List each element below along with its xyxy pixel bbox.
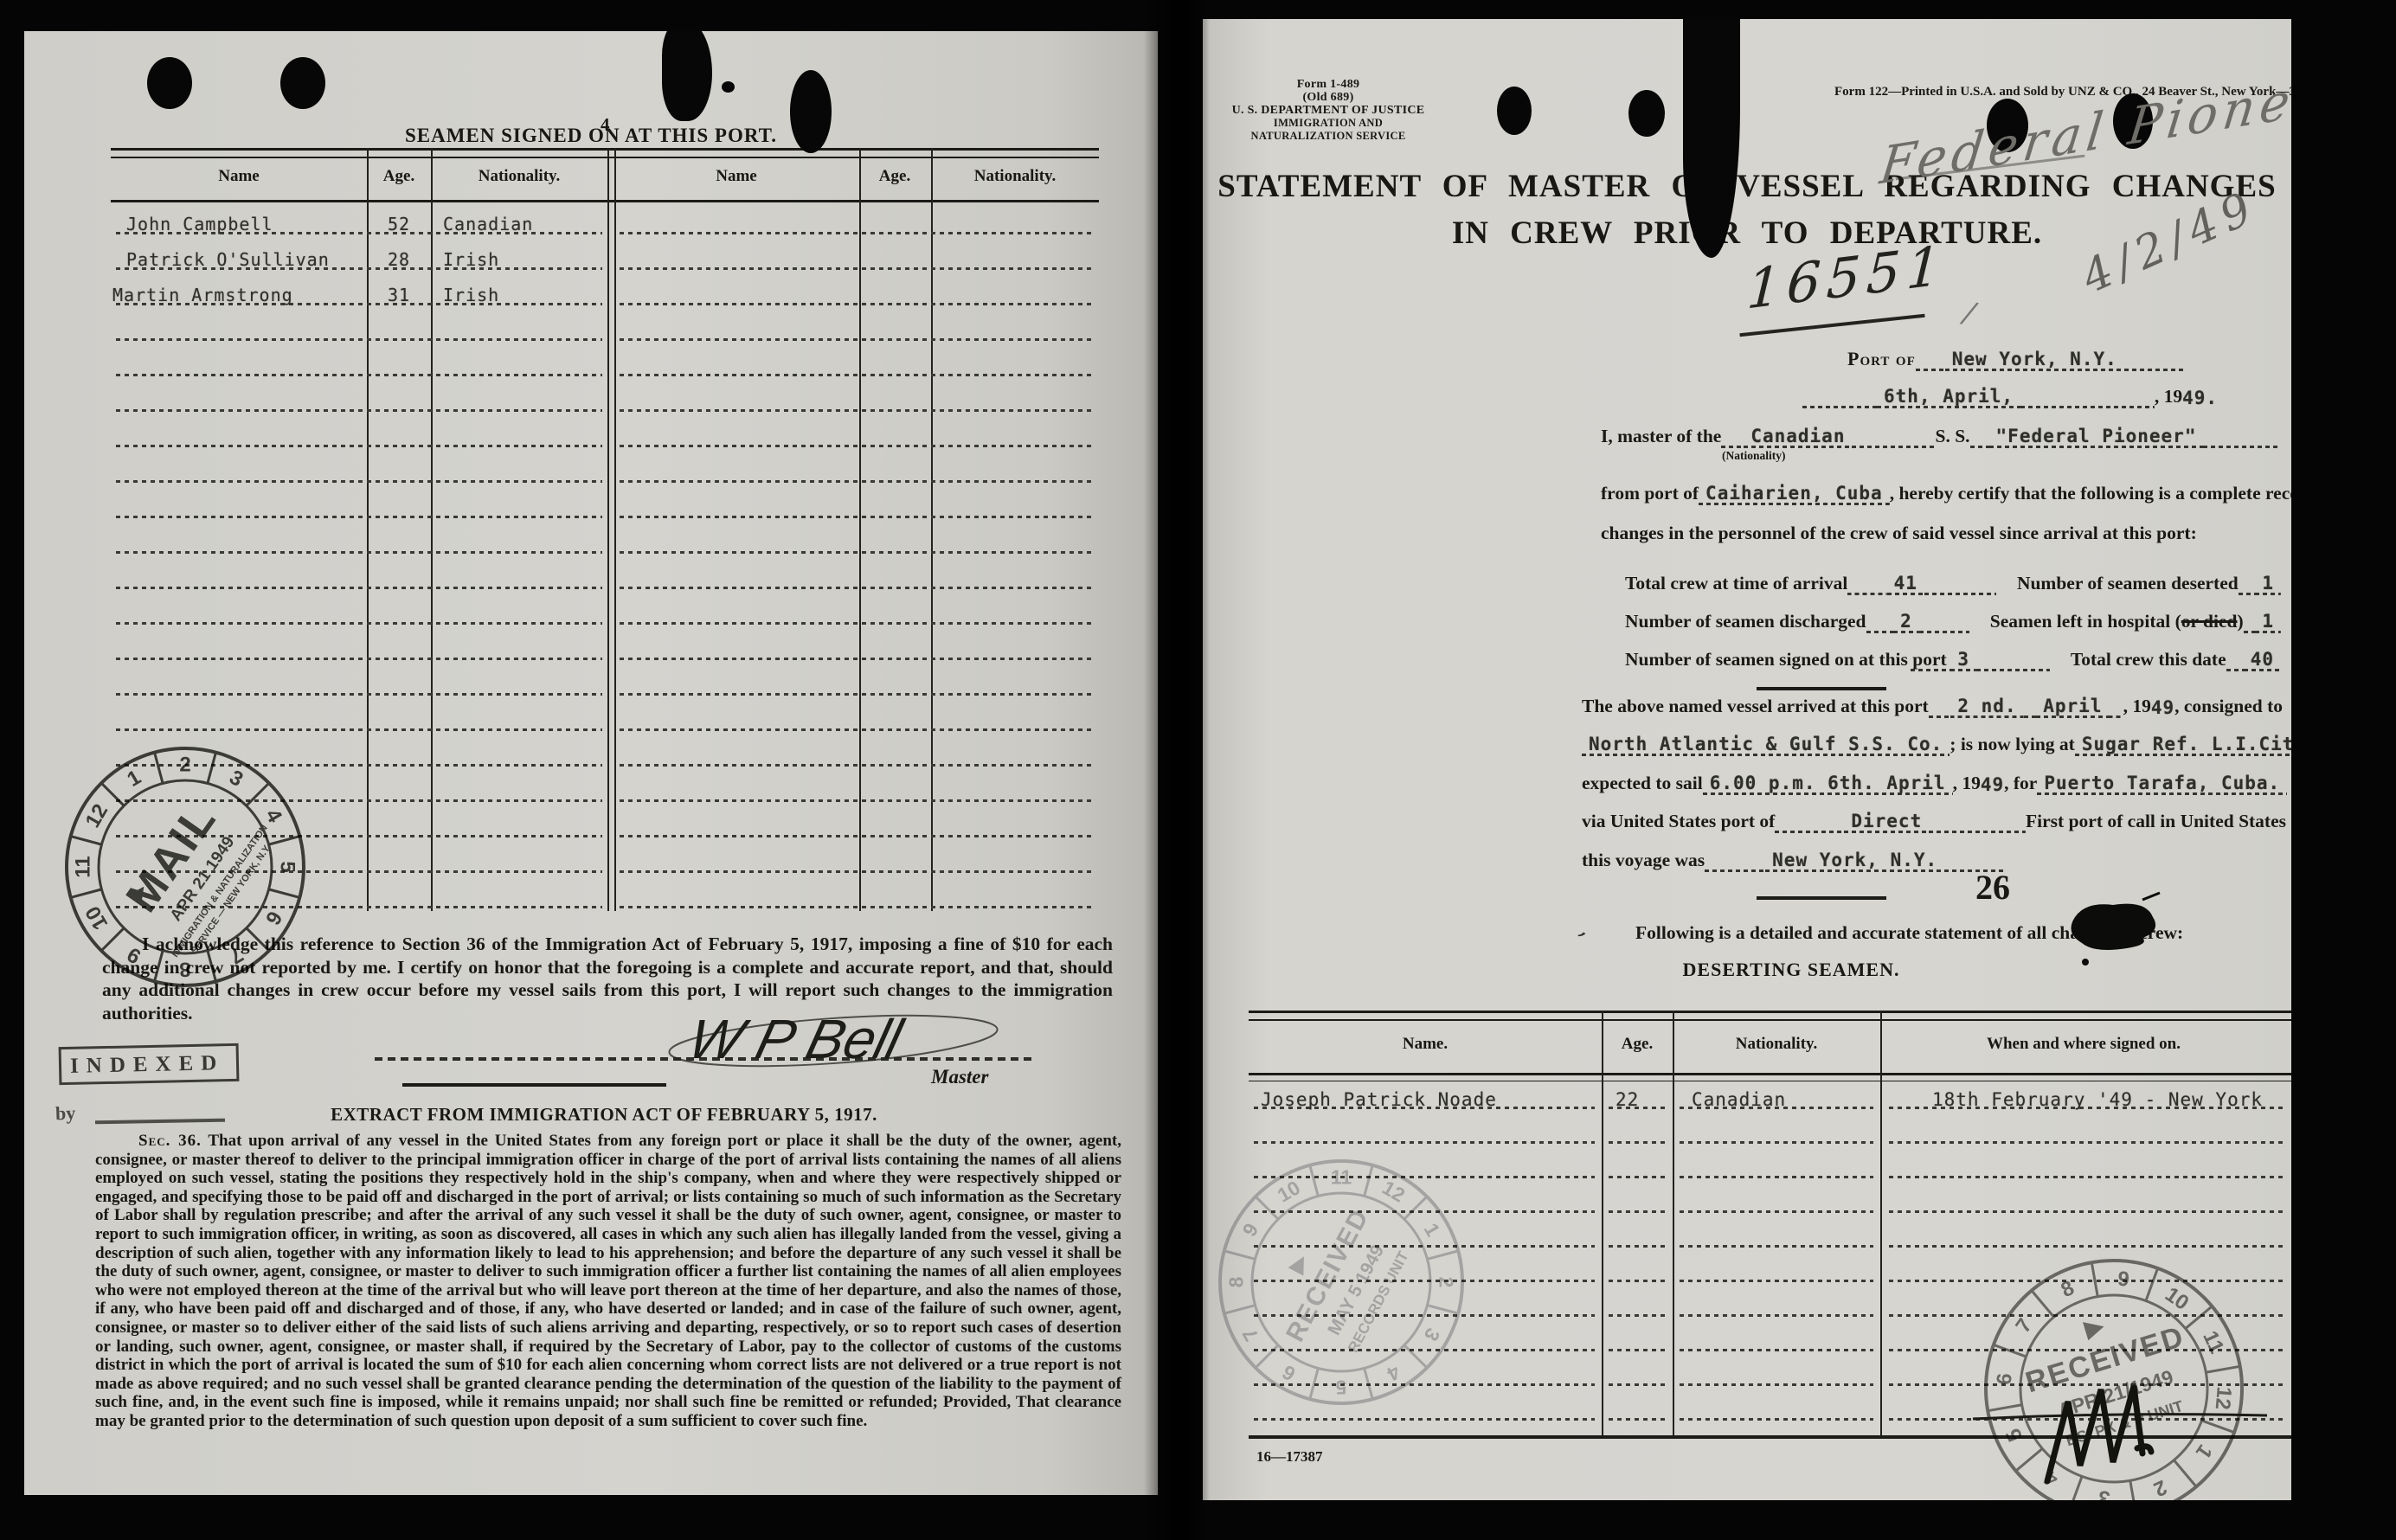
column-header: Nationality. [1736,1035,1817,1054]
dial-number: 5 [1335,1376,1346,1398]
from-port-label: from port of [1601,483,1699,505]
table-row [111,699,1099,735]
from-port-value: Caiharien, Cuba [1705,483,1883,504]
table-row: Martin Armstrong31Irish [111,273,1099,309]
port-label: Port of [1847,348,1916,371]
right-page: Form 1-489 (Old 689) U. S. DEPARTMENT OF… [1203,19,2291,1500]
left-page: 4 SEAMEN SIGNED ON AT THIS PORT. Name Ag… [24,31,1158,1495]
table-row [111,664,1099,699]
dial-number: 1 [1420,1219,1445,1240]
dial-number: 6 [1278,1361,1299,1386]
ink-blot [2059,891,2172,969]
port-line: Port of New York, N.Y. [1847,348,2185,371]
arrived-label: The above named vessel arrived at this p… [1582,696,1929,718]
dial-number: 9 [1237,1219,1262,1240]
table-row [111,415,1099,451]
dial-number: 4 [260,805,286,828]
dial-number: 5 [275,861,299,872]
table-row [111,522,1099,557]
sail-line: expected to sail 6.00 p.m. 6th. April , … [1582,773,2283,795]
dial-number: 8 [1225,1276,1248,1287]
arrived-line: The above named vessel arrived at this p… [1582,696,2283,718]
via-line: via United States port of Direct First p… [1582,811,2286,833]
crew-stat-row: Number of seamen signed on at this port3… [1625,649,2281,671]
form-old-line: (Old 689) [1229,91,1428,104]
section-rule [402,1083,666,1087]
table-cell: Joseph Patrick Noade [1261,1089,1497,1110]
ink-spot [1628,90,1665,137]
arrow-icon [2083,1317,2106,1340]
pencil-tick: / [1961,295,1978,331]
table-cell: 28 [370,249,427,270]
table-row: John Campbell52Canadian [111,202,1099,238]
table-cell: 31 [370,285,427,305]
column-header: Age. [879,167,910,186]
dial-number: 3 [225,766,247,792]
column-header: Age. [383,167,414,186]
table-row [1249,1113,2291,1147]
table-cell: Irish [443,285,499,305]
voyage-label: this voyage was [1582,850,1705,872]
table-cell: 52 [370,214,427,234]
left-page-title: SEAMEN SIGNED ON AT THIS PORT. [24,125,1158,147]
handwritten-initials [1964,1351,2276,1490]
stamped-page-number: 26 [1975,867,2010,908]
column-header: Nationality. [479,167,560,186]
table-row: Joseph Patrick Noade22Canadian18th Febru… [1249,1078,2291,1113]
table-row [111,557,1099,593]
extract-heading: EXTRACT FROM IMMIGRATION ACT OF FEBRUARY… [24,1104,1158,1126]
table-row [111,344,1099,380]
sail-destination: Puerto Tarafa, Cuba. [2044,773,2280,793]
torn-mark [662,31,712,121]
mail-date-stamp: 121234567891011 MAIL APR 21 1949 IMMIGRA… [51,733,319,1001]
arrived-rest: , consigned to [2174,696,2283,718]
dial-number: 7 [2011,1314,2037,1337]
consignee-line: North Atlantic & Gulf S.S. Co. ; is now … [1582,734,2283,756]
date-line: 6th, April, , 19 49. [1802,386,2218,408]
column-header: Age. [1622,1035,1653,1054]
ink-spot [722,81,735,93]
deserting-seamen-heading: DESERTING SEAMEN. [1488,959,2094,981]
form-print-number: 16—17387 [1256,1448,1323,1466]
section-rule [1757,687,1886,690]
from-port-rest: , hereby certify that the following is a… [1890,483,2291,505]
column-header: When and where signed on. [1987,1035,2181,1054]
torn-mark [790,70,832,153]
department-line: U. S. DEPARTMENT OF JUSTICE [1229,104,1428,117]
table-row [111,380,1099,415]
column-header: Name [218,167,259,186]
received-records-stamp: 121234567891011 RECEIVED MAY 5 1949 RECO… [1203,1144,1480,1421]
date-value: 6th, April, [1884,386,2014,407]
sail-time: 6.00 p.m. 6th. April [1710,773,1946,793]
via-rest: First port of call in United States [2026,811,2286,833]
master-line: I, master of the Canadian S. S. "Federal… [1601,426,2281,448]
changes-line: changes in the personnel of the crew of … [1601,523,2197,544]
dial-number: 11 [1331,1166,1352,1189]
arrived-year-typed: 49 [2151,697,2174,718]
dial-number: 1 [124,766,145,792]
arrived-day: 2 nd. [1957,696,2016,716]
year-typed: 49. [2182,388,2218,408]
svg-text:W P Bell: W P Bell [683,1008,909,1070]
dial-number: 2 [1435,1277,1457,1288]
pencil-mark: ’ [1565,926,1590,955]
sail-year-typed: 49 [1981,774,2004,795]
port-value: New York, N.Y. [1952,349,2117,369]
sec36-text: That upon arrival of any vessel in the U… [95,1132,1121,1430]
arrow-icon [1288,1253,1312,1276]
voyage-value: New York, N.Y. [1772,850,1937,870]
table-cell: 18th February '49 - New York [1932,1089,2263,1110]
dial-number: 8 [2058,1276,2078,1302]
dial-number: 7 [1237,1325,1262,1345]
table-cell: John Campbell [126,214,273,234]
column-header: Nationality. [974,167,1056,186]
sail-for: , for [2004,773,2037,795]
dial-number: 7 [225,942,247,968]
lying-value: Sugar Ref. L.I.City [2082,734,2291,754]
column-header: Name. [1403,1035,1448,1054]
crew-stat-row: Number of seamen discharged2Seamen left … [1625,611,2281,633]
document-scan: 4 SEAMEN SIGNED ON AT THIS PORT. Name Ag… [0,0,2396,1540]
table-row [111,451,1099,486]
dial-number: 9 [124,942,145,968]
section-rule [1757,896,1886,900]
master-signature: W P Bell [660,979,1006,1082]
lying-label: ; is now lying at [1950,734,2075,756]
dial-number: 11 [72,856,95,877]
punch-hole [280,57,325,109]
sec36-paragraph: Sec. 36. That upon arrival of any vessel… [95,1132,1121,1431]
page-fold [1144,0,1210,1540]
table-cell: Patrick O'Sullivan [126,249,330,270]
sec36-label: Sec. 36. [138,1132,202,1150]
table-rule [111,148,1099,158]
vessel-value: "Federal Pioneer" [1996,426,2197,446]
dial-number: 2 [179,754,190,777]
table-cell: 22 [1616,1089,1639,1110]
table-row [111,486,1099,522]
table-row [111,628,1099,664]
arrived-month: April [2043,696,2102,716]
nationality-value: Canadian [1750,426,1845,446]
table-row: Patrick O'Sullivan28Irish [111,238,1099,273]
service-line: IMMIGRATION AND NATURALIZATION SERVICE [1229,117,1428,143]
crew-stat-row: Total crew at time of arrival41Number of… [1625,573,2281,595]
column-header: Name [716,167,756,186]
arrived-year-printed: , 19 [2123,696,2151,718]
via-label: via United States port of [1582,811,1775,833]
form-header-block: Form 1-489 (Old 689) U. S. DEPARTMENT OF… [1229,78,1428,143]
table-cell: Canadian [443,214,533,234]
table-cell: Martin Armstrong [112,285,293,305]
table-row [111,593,1099,628]
sail-year-printed: , 19 [1953,773,1981,795]
ink-spot [1497,87,1532,135]
dial-number: 9 [2117,1267,2130,1292]
form-title-line1: STATEMENT OF MASTER OF VESSEL REGARDING … [1203,168,2291,205]
ss-label: S. S. [1935,426,1969,448]
dial-number: 3 [1420,1325,1445,1345]
dial-number: 4 [1383,1361,1404,1386]
consignee-value: North Atlantic & Gulf S.S. Co. [1589,734,1943,754]
table-row [111,309,1099,344]
from-port-line: from port of Caiharien, Cuba , hereby ce… [1601,483,2283,505]
nationality-note: (Nationality) [1722,449,1786,463]
sail-label: expected to sail [1582,773,1703,795]
table-cell: Canadian [1692,1089,1786,1110]
dial-number: 6 [260,907,286,928]
form-number-line: Form 1-489 [1229,78,1428,91]
master-label: I, master of the [1601,426,1721,448]
dial-number: 8 [179,957,190,980]
punch-hole [147,57,192,109]
table-cell: Irish [443,249,499,270]
via-value: Direct [1851,811,1922,831]
year-printed: , 19 [2155,386,2182,408]
voyage-line: this voyage was New York, N.Y. [1582,850,2014,872]
indexed-stamp: INDEXED [59,1043,240,1085]
